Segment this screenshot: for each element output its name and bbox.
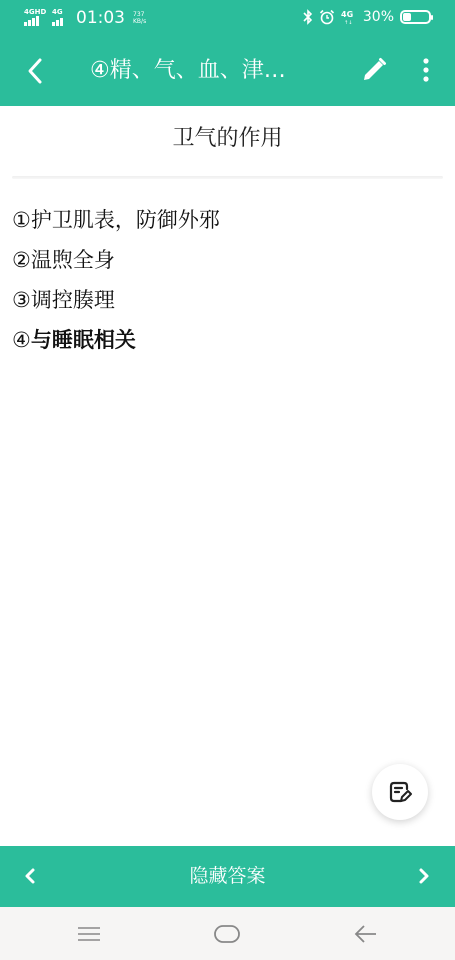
note-edit-icon	[387, 779, 413, 805]
svg-text:4G: 4G	[341, 10, 353, 19]
back-button[interactable]	[22, 56, 50, 86]
answer-text: 与睡眠相关	[31, 328, 136, 352]
menu-icon	[76, 924, 102, 944]
answer-text: 调控腠理	[31, 288, 115, 312]
note-fab-button[interactable]	[372, 764, 428, 820]
chevron-left-icon	[18, 863, 42, 889]
battery-percent: 30%	[363, 9, 394, 25]
status-bar: 4GHD 4G 01:03 737 KB/s 4G↑↓ 30%	[0, 0, 455, 36]
edit-button[interactable]	[360, 56, 388, 84]
signal-icon: 4GHD	[24, 9, 46, 27]
chevron-right-icon	[412, 863, 436, 889]
answer-number: ④	[12, 328, 31, 352]
signal-label: 4G	[52, 9, 63, 16]
alarm-icon	[319, 9, 335, 25]
bottom-bar: 隐藏答案	[0, 846, 455, 907]
answer-number: ③	[12, 288, 31, 312]
divider	[12, 176, 443, 179]
question-text: 卫气的作用	[0, 106, 455, 178]
battery-icon	[400, 10, 431, 24]
recent-apps-button[interactable]	[69, 919, 109, 949]
back-arrow-icon	[353, 923, 379, 945]
status-left: 4GHD 4G 01:03 737 KB/s	[24, 8, 146, 28]
home-icon	[213, 923, 241, 945]
previous-card-button[interactable]	[18, 863, 42, 889]
hide-answer-button[interactable]: 隐藏答案	[120, 846, 335, 907]
status-right: 4G↑↓ 30%	[303, 9, 431, 25]
answer-text: 护卫肌表，防御外邪	[31, 208, 220, 232]
answer-item: ④与睡眠相关	[12, 320, 443, 360]
answer-text: 温煦全身	[31, 248, 115, 272]
system-nav-bar	[0, 907, 455, 960]
clock: 01:03	[76, 8, 125, 28]
net-speed-unit: KB/s	[133, 18, 146, 25]
pencil-icon	[360, 56, 388, 84]
answer-item: ①护卫肌表，防御外邪	[12, 200, 443, 240]
system-back-button[interactable]	[346, 919, 386, 949]
more-vertical-icon	[418, 56, 434, 84]
home-button[interactable]	[207, 919, 247, 949]
answer-item: ②温煦全身	[12, 240, 443, 280]
next-card-button[interactable]	[412, 863, 436, 889]
answer-item: ③调控腠理	[12, 280, 443, 320]
answer-list: ①护卫肌表，防御外邪 ②温煦全身 ③调控腠理 ④与睡眠相关	[12, 200, 443, 360]
svg-text:↑↓: ↑↓	[344, 20, 352, 25]
4g-volte-icon: 4G↑↓	[341, 9, 357, 25]
net-speed: 737 KB/s	[133, 11, 146, 25]
screen: 4GHD 4G 01:03 737 KB/s 4G↑↓ 30% ④精、气、血	[0, 0, 455, 960]
signal-label: 4GHD	[24, 9, 46, 16]
bluetooth-icon	[303, 9, 313, 25]
deck-title: ④精、气、血、津…	[90, 56, 330, 86]
more-options-button[interactable]	[418, 56, 434, 84]
net-speed-value: 737	[133, 11, 146, 18]
chevron-left-icon	[22, 56, 50, 86]
signal-icon: 4G	[52, 9, 68, 27]
answer-number: ②	[12, 248, 31, 272]
app-bar: ④精、气、血、津…	[0, 36, 455, 106]
answer-number: ①	[12, 208, 31, 232]
